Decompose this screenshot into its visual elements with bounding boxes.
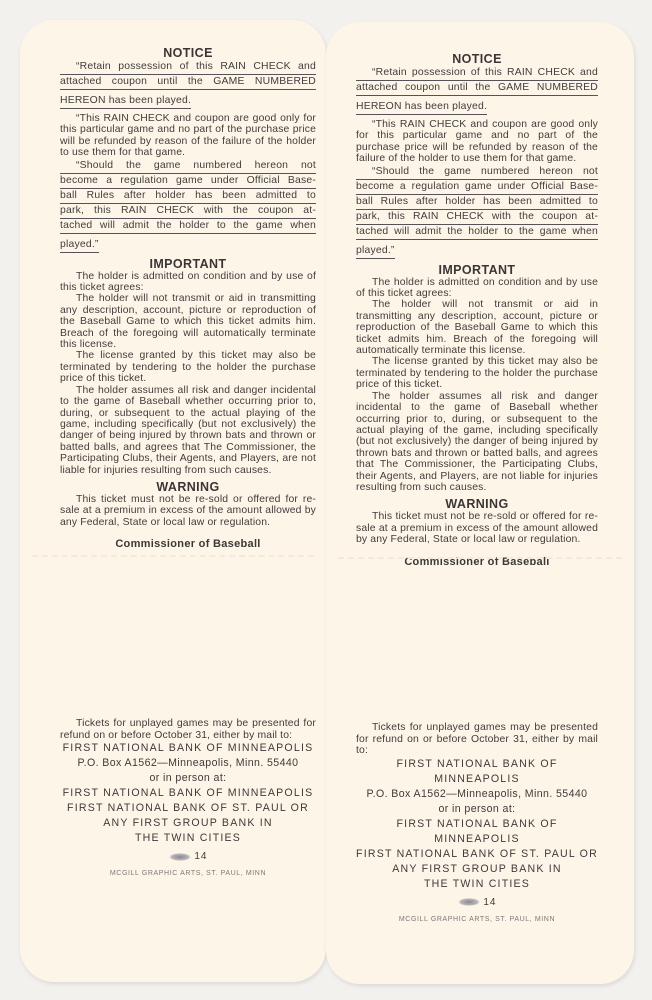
refund-bank-2: FIRST NATIONAL BANK OF ST. PAUL OR bbox=[60, 801, 316, 816]
notice-should-line: “Should the game numbered hereon not bbox=[60, 159, 316, 174]
important-paragraph: The holder will not transmit or aid in t… bbox=[60, 293, 316, 350]
refund-bank-3: ANY FIRST GROUP BANK IN bbox=[356, 862, 598, 877]
notice-should-line: played.” bbox=[60, 238, 99, 253]
important-paragraph: The holder assumes all risk and danger i… bbox=[356, 391, 598, 494]
warning-heading: WARNING bbox=[60, 480, 316, 494]
notice-should-line: tached will admit the holder to the game… bbox=[356, 225, 598, 240]
notice-should-line: “Should the game numbered hereon not bbox=[356, 165, 598, 180]
notice-good-only: “This RAIN CHECK and coupon are good onl… bbox=[356, 119, 598, 165]
important-paragraph: The holder is admitted on condition and … bbox=[356, 277, 598, 300]
notice-should-line: park, this RAIN CHECK with the coupon at… bbox=[60, 204, 316, 219]
important-heading: IMPORTANT bbox=[356, 263, 598, 277]
notice-should-line: ball Rules after holder has been admitte… bbox=[60, 189, 316, 204]
commissioner-signature: Commissioner of Baseball bbox=[60, 538, 316, 550]
notice-retain-line: HEREON has been played. bbox=[356, 100, 487, 115]
notice-should-line: park, this RAIN CHECK with the coupon at… bbox=[356, 210, 598, 225]
important-paragraph: The holder will not transmit or aid in t… bbox=[356, 299, 598, 356]
refund-bank-1: FIRST NATIONAL BANK OF MINNEAPOLIS bbox=[356, 817, 598, 847]
union-bug-icon bbox=[169, 853, 191, 861]
perforation-line bbox=[32, 555, 314, 557]
notice-should-line: played.” bbox=[356, 244, 395, 259]
warning-heading: WARNING bbox=[356, 497, 598, 511]
warning-text: This ticket must not be re-sold or offer… bbox=[356, 511, 598, 545]
important-paragraph: The holder assumes all risk and danger i… bbox=[60, 385, 316, 476]
refund-in-person: or in person at: bbox=[356, 802, 598, 817]
important-paragraph: The holder is admitted on condition and … bbox=[60, 271, 316, 294]
refund-bank-1: FIRST NATIONAL BANK OF MINNEAPOLIS bbox=[60, 786, 316, 801]
notice-retain-line: attached coupon until the GAME NUMBERED bbox=[356, 81, 598, 96]
notice-retain-line: “Retain possession of this RAIN CHECK an… bbox=[356, 66, 598, 81]
notice-good-only: “This RAIN CHECK and coupon are good onl… bbox=[60, 113, 316, 159]
important-paragraph: The license granted by this ticket may a… bbox=[356, 356, 598, 390]
notice-retain-line: HEREON has been played. bbox=[60, 94, 191, 109]
union-bug-icon bbox=[458, 898, 480, 906]
refund-bank-4: THE TWIN CITIES bbox=[60, 831, 316, 846]
union-label: 14 bbox=[60, 851, 316, 862]
refund-in-person: or in person at: bbox=[60, 771, 316, 786]
refund-bank-2: FIRST NATIONAL BANK OF ST. PAUL OR bbox=[356, 847, 598, 862]
important-heading: IMPORTANT bbox=[60, 257, 316, 271]
perforation-line bbox=[338, 557, 622, 559]
refund-bank-4: THE TWIN CITIES bbox=[356, 877, 598, 892]
ticket-text-column: NOTICE “Retain possession of this RAIN C… bbox=[356, 52, 598, 568]
notice-should-line: become a regulation game under Official … bbox=[356, 180, 598, 195]
refund-bank-mail: FIRST NATIONAL BANK OF MINNEAPOLIS bbox=[356, 757, 598, 787]
important-paragraph: The license granted by this ticket may a… bbox=[60, 350, 316, 384]
refund-bank-mail: FIRST NATIONAL BANK OF MINNEAPOLIS bbox=[60, 741, 316, 756]
union-number: 14 bbox=[194, 851, 207, 862]
refund-section: Tickets for unplayed games may be presen… bbox=[356, 722, 598, 923]
notice-should-line: tached will admit the holder to the game… bbox=[60, 219, 316, 234]
union-label: 14 bbox=[356, 897, 598, 908]
refund-section: Tickets for unplayed games may be presen… bbox=[60, 718, 316, 877]
notice-heading: NOTICE bbox=[356, 52, 598, 66]
rain-check-ticket-right: NOTICE “Retain possession of this RAIN C… bbox=[326, 22, 634, 984]
notice-retain-line: “Retain possession of this RAIN CHECK an… bbox=[60, 60, 316, 75]
notice-should-line: become a regulation game under Official … bbox=[60, 174, 316, 189]
notice-should-line: ball Rules after holder has been admitte… bbox=[356, 195, 598, 210]
printer-credit: MCGILL GRAPHIC ARTS, ST. PAUL, MINN bbox=[356, 916, 598, 923]
notice-heading: NOTICE bbox=[60, 46, 316, 60]
union-number: 14 bbox=[483, 897, 496, 908]
warning-text: This ticket must not be re-sold or offer… bbox=[60, 494, 316, 528]
printer-credit: MCGILL GRAPHIC ARTS, ST. PAUL, MINN bbox=[60, 870, 316, 877]
notice-retain-line: attached coupon until the GAME NUMBERED bbox=[60, 75, 316, 90]
refund-po-box: P.O. Box A1562—Minneapolis, Minn. 55440 bbox=[60, 756, 316, 771]
refund-bank-3: ANY FIRST GROUP BANK IN bbox=[60, 816, 316, 831]
refund-intro: Tickets for unplayed games may be presen… bbox=[60, 718, 316, 741]
refund-intro: Tickets for unplayed games may be presen… bbox=[356, 722, 598, 757]
refund-po-box: P.O. Box A1562—Minneapolis, Minn. 55440 bbox=[356, 787, 598, 802]
ticket-text-column: NOTICE “Retain possession of this RAIN C… bbox=[60, 46, 316, 550]
rain-check-ticket-left: NOTICE “Retain possession of this RAIN C… bbox=[20, 20, 326, 982]
